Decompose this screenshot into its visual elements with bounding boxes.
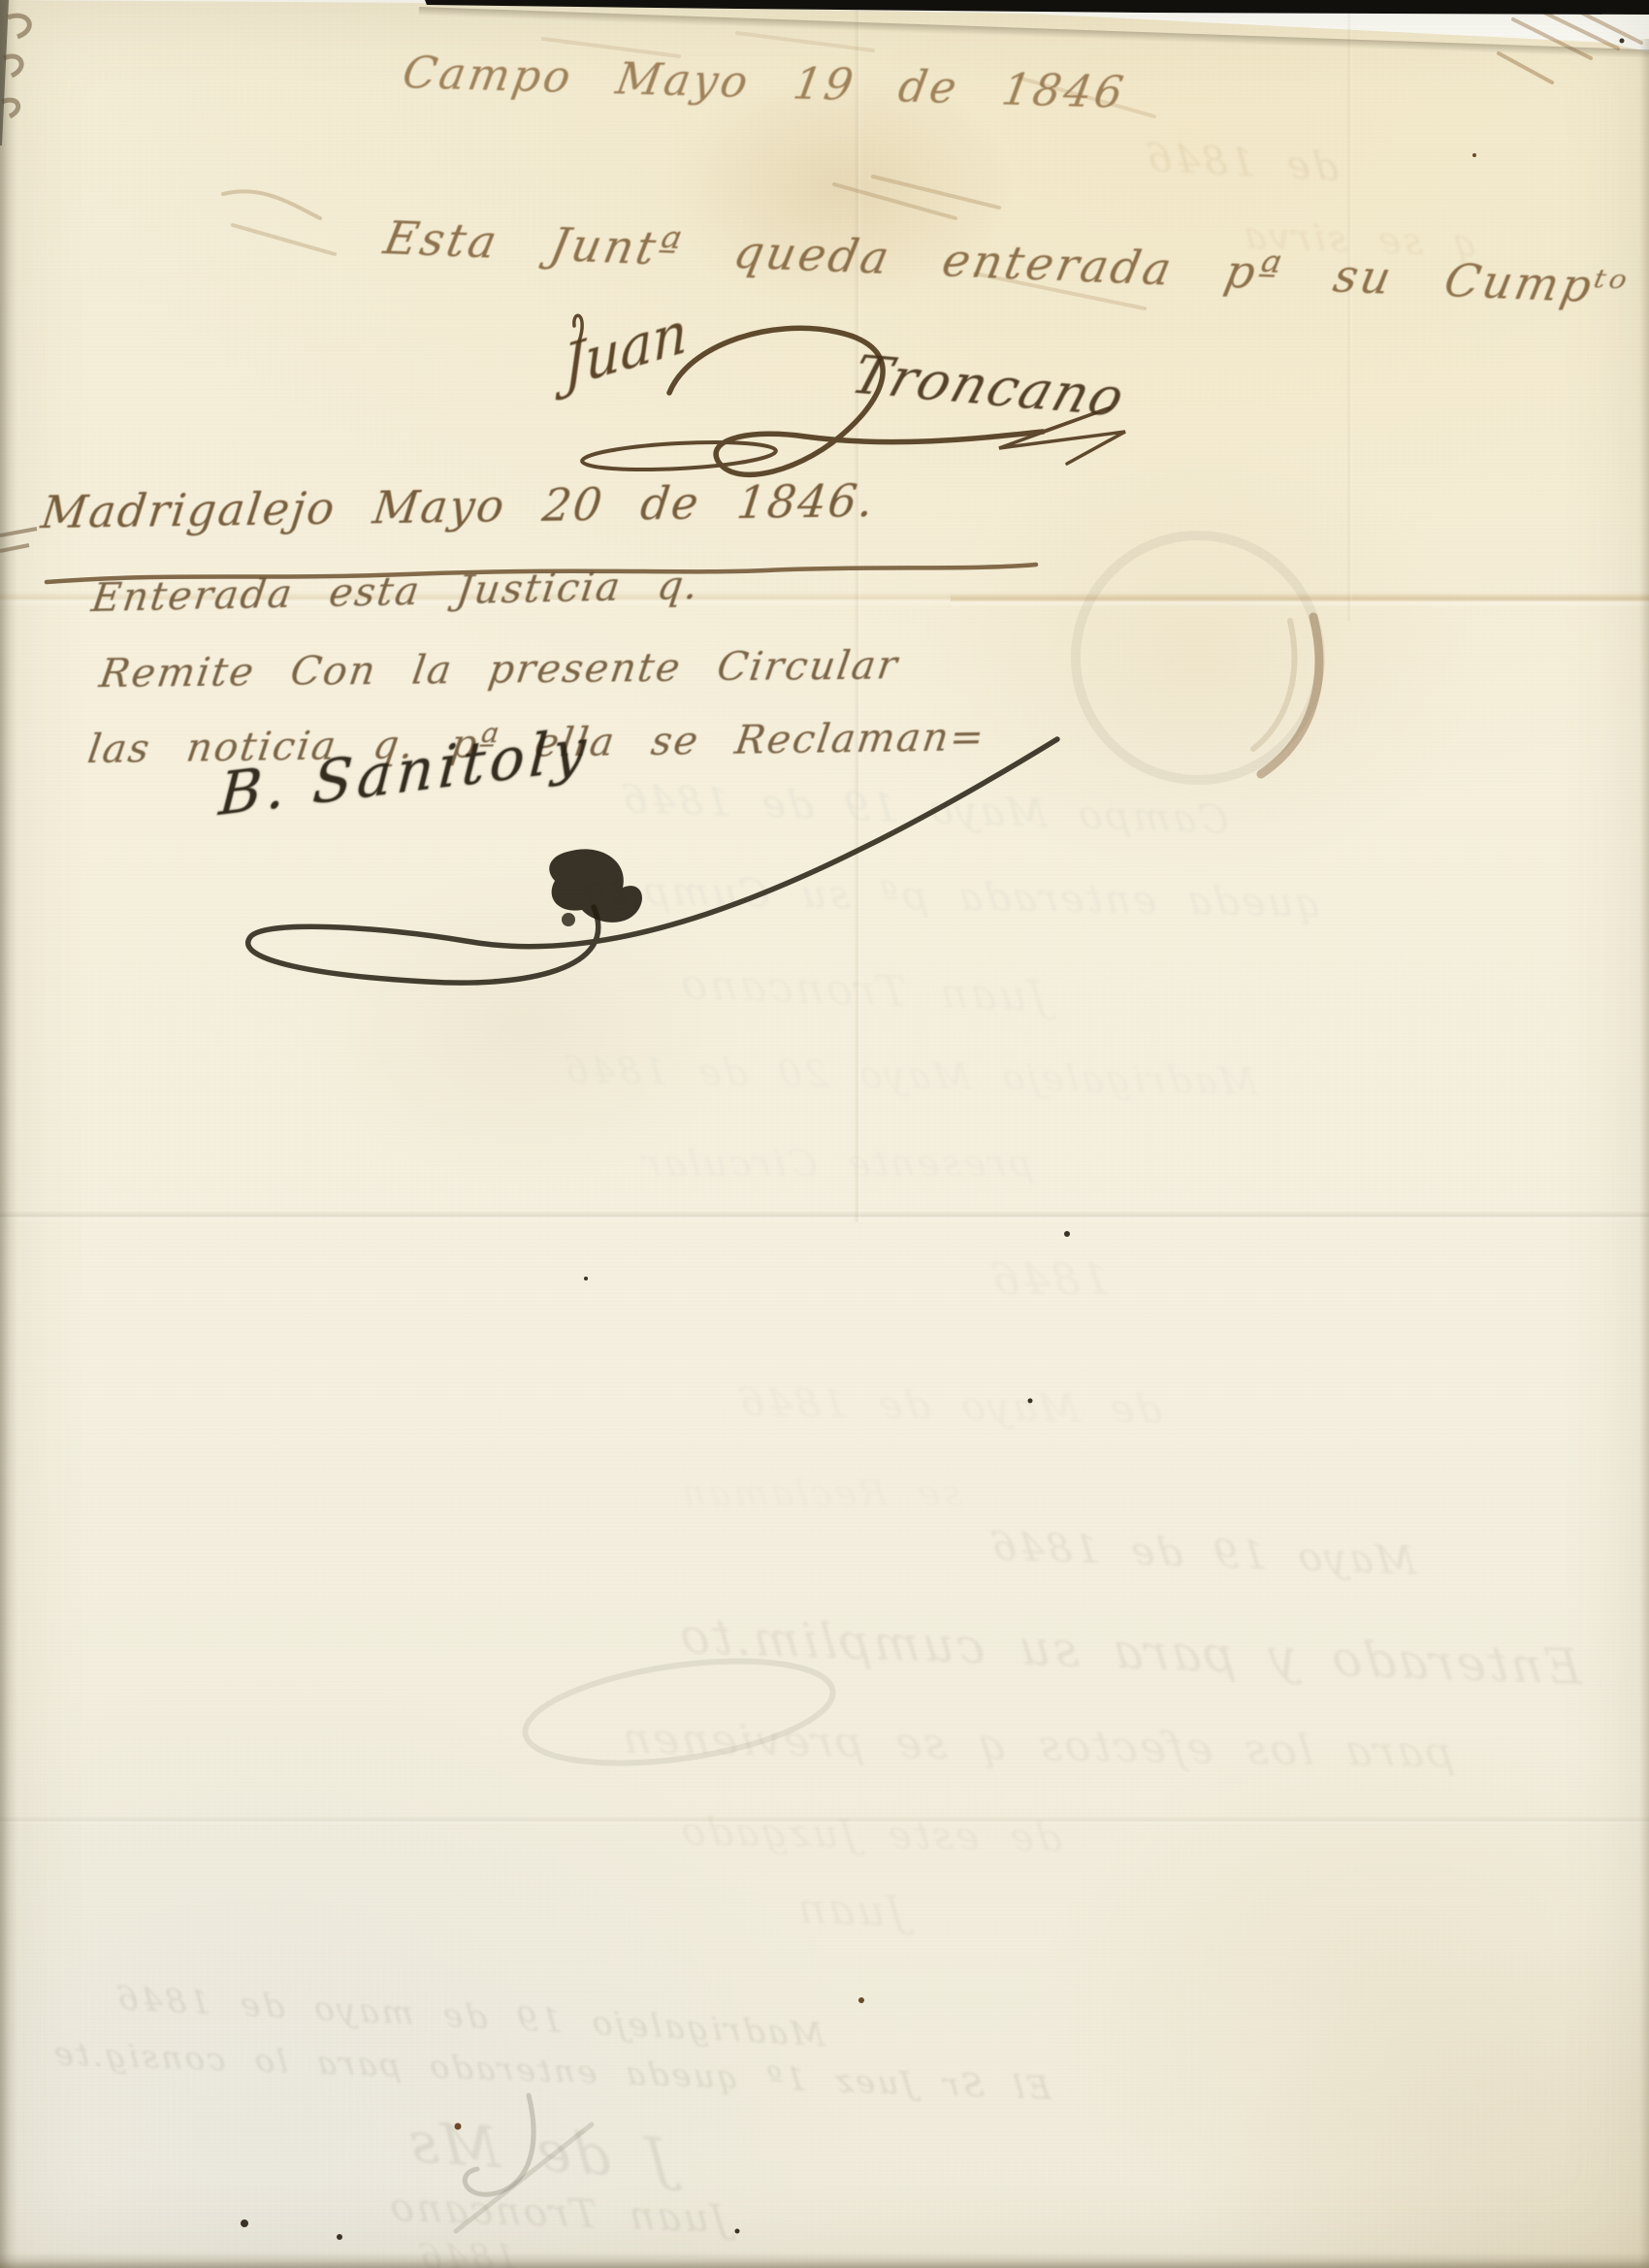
scanned-letter-page: de 1846q se sirvaCampo Mayo 19 de 1846qu… (0, 0, 1649, 2268)
scan-vignette (0, 0, 1649, 2268)
